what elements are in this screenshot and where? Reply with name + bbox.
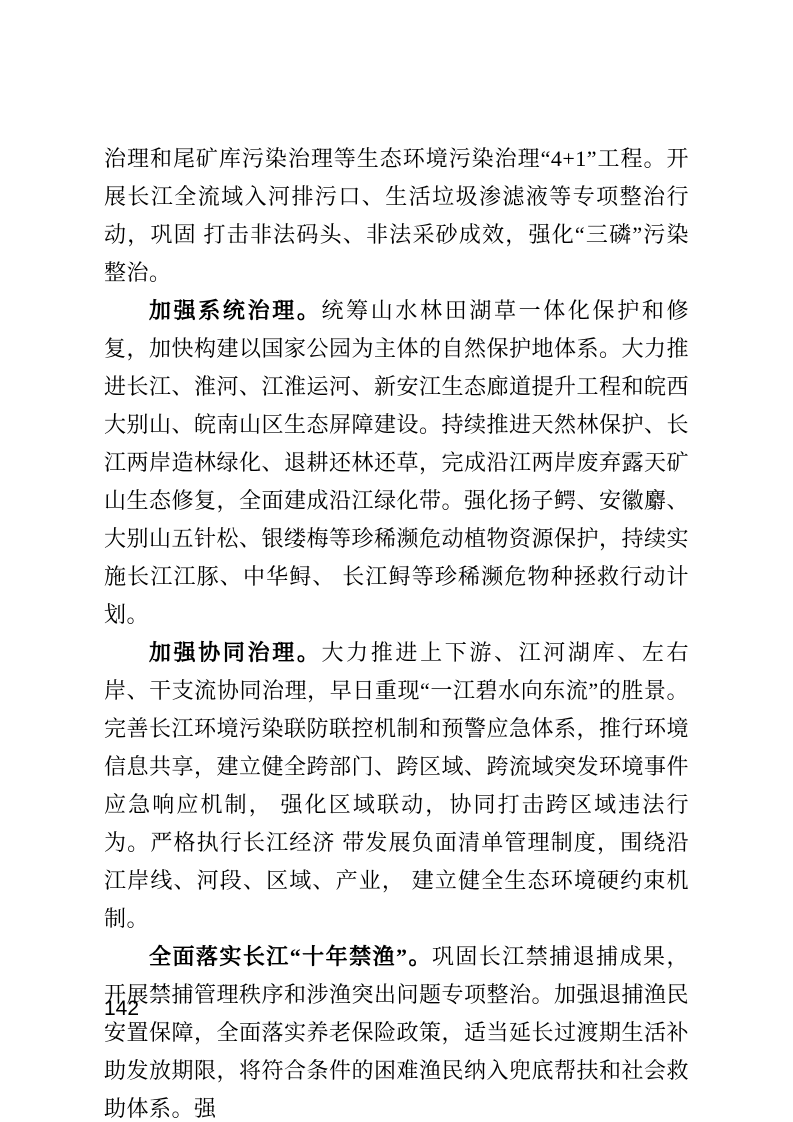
- page-number: 142: [104, 996, 139, 1022]
- paragraph: 加强系统治理。统筹山水林田湖草一体化保护和修复，加快构建以国家公园为主体的自然保…: [104, 292, 689, 634]
- paragraph-lead: 全面落实长江“十年禁渔”。: [149, 944, 432, 969]
- paragraph: 加强协同治理。大力推进上下游、江河湖库、左右岸、干支流协同治理，早日重现“一江碧…: [104, 634, 689, 938]
- paragraph-body: 治理和尾矿库污染治理等生态环境污染治理“4+1”工程。开展长江全流域入河排污口、…: [104, 146, 689, 285]
- paragraph-body: 大力推进上下游、江河湖库、左右岸、干支流协同治理，早日重现“一江碧水向东流”的胜…: [104, 640, 689, 931]
- paragraph-lead: 加强系统治理。: [149, 298, 322, 323]
- document-text-block: 治理和尾矿库污染治理等生态环境污染治理“4+1”工程。开展长江全流域入河排污口、…: [104, 140, 689, 1122]
- paragraph-lead: 加强协同治理。: [149, 640, 322, 665]
- document-page: 治理和尾矿库污染治理等生态环境污染治理“4+1”工程。开展长江全流域入河排污口、…: [0, 0, 793, 1122]
- paragraph: 全面落实长江“十年禁渔”。巩固长江禁捕退捕成果，开展禁捕管理秩序和涉渔突出问题专…: [104, 938, 689, 1122]
- paragraph-body: 统筹山水林田湖草一体化保护和修复，加快构建以国家公园为主体的自然保护地体系。大力…: [104, 298, 689, 627]
- paragraph-body: 巩固长江禁捕退捕成果，开展禁捕管理秩序和涉渔突出问题专项整治。加强退捕渔民安置保…: [104, 944, 689, 1121]
- paragraph: 治理和尾矿库污染治理等生态环境污染治理“4+1”工程。开展长江全流域入河排污口、…: [104, 140, 689, 292]
